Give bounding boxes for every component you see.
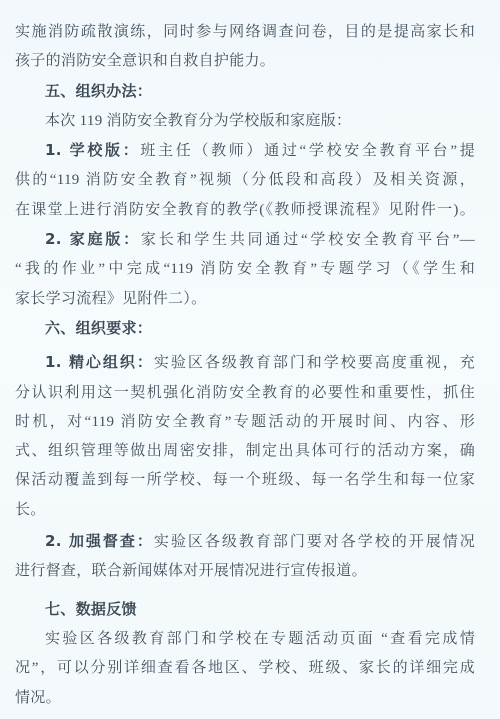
text-line: 实验区各级教育部门和学校在专题活动页面 “查看完成情 <box>15 625 475 654</box>
text-line: 分认识利用这一契机强化消防安全教育的必要性和重要性，抓住 <box>15 379 475 408</box>
heading-text: 2. 加强督查： <box>45 532 154 550</box>
body-text: 实验区各级教育部门和学校在专题活动页面 “查看完成情 <box>45 631 475 647</box>
body-text: 孩子的消防安全意识和自救自护能力。 <box>15 53 275 69</box>
text-line: 2. 家庭版：家长和学生共同通过“学校安全教育平台”— <box>15 225 475 255</box>
document-text-block: 实施消防疏散演练，同时参与网络调查问卷，目的是提高家长和孩子的消防安全意识和自救… <box>15 18 475 713</box>
text-line: 情况。 <box>15 684 475 713</box>
text-line: 五、组织办法： <box>15 77 475 107</box>
body-text: 情况。 <box>15 690 61 706</box>
text-line: 七、数据反馈 <box>15 595 475 625</box>
text-line: 时机，对“119 消防安全教育”专题活动的开展时间、内容、形 <box>15 408 475 437</box>
body-text: 家长学习流程》见附件二）。 <box>15 291 206 307</box>
body-text: 班主任（教师）通过“学校安全教育平台”提 <box>140 143 475 159</box>
text-line: 式、组织管理等做出周密安排，制定出具体可行的活动方案，确 <box>15 437 475 466</box>
text-line: 2. 加强督查：实验区各级教育部门要对各学校的开展情况 <box>15 527 475 557</box>
body-text: 分认识利用这一契机强化消防安全教育的必要性和重要性，抓住 <box>15 385 475 401</box>
heading-text: 1. 精心组织： <box>45 353 154 371</box>
body-text: 在课堂上进行消防安全教育的教学(《教师授课流程》见附件一)。 <box>15 202 475 218</box>
body-text: 保活动覆盖到每一所学校、每一个班级、每一名学生和每一位家 <box>15 472 475 488</box>
body-text: 实验区各级教育部门和学校要高度重视，充 <box>154 355 475 371</box>
body-text: 况”，可以分别详细查看各地区、学校、班级、家长的详细完成 <box>15 660 475 676</box>
heading-text: 五、组织办法： <box>45 82 152 100</box>
text-line: 本次 119 消防安全教育分为学校版和家庭版： <box>15 107 475 136</box>
body-text: 本次 119 消防安全教育分为学校版和家庭版： <box>45 113 351 129</box>
body-text: 供的“119 消防安全教育”视频（分低段和高段）及相关资源， <box>15 172 475 188</box>
body-text: 式、组织管理等做出周密安排，制定出具体可行的活动方案，确 <box>15 443 475 459</box>
text-line: 供的“119 消防安全教育”视频（分低段和高段）及相关资源， <box>15 166 475 195</box>
text-line: 进行督查，联合新闻媒体对开展情况进行宣传报道。 <box>15 557 475 586</box>
text-line: 家长学习流程》见附件二）。 <box>15 285 475 314</box>
text-line: 孩子的消防安全意识和自救自护能力。 <box>15 47 475 76</box>
text-line: 在课堂上进行消防安全教育的教学(《教师授课流程》见附件一)。 <box>15 196 475 225</box>
text-line: 况”，可以分别详细查看各地区、学校、班级、家长的详细完成 <box>15 654 475 683</box>
document-page: 实施消防疏散演练，同时参与网络调查问卷，目的是提高家长和孩子的消防安全意识和自救… <box>0 0 500 719</box>
text-line: 保活动覆盖到每一所学校、每一个班级、每一名学生和每一位家 <box>15 466 475 495</box>
body-text: 长。 <box>15 502 46 518</box>
body-text: 实施消防疏散演练，同时参与网络调查问卷，目的是提高家长和 <box>15 24 475 40</box>
text-line: 六、组织要求： <box>15 314 475 344</box>
text-line: 1. 学校版：班主任（教师）通过“学校安全教育平台”提 <box>15 136 475 166</box>
heading-text: 2. 家庭版： <box>45 230 141 248</box>
body-text: 进行督查，联合新闻媒体对开展情况进行宣传报道。 <box>15 563 367 579</box>
text-line: 长。 <box>15 496 475 525</box>
text-line: 实施消防疏散演练，同时参与网络调查问卷，目的是提高家长和 <box>15 18 475 47</box>
body-text: 实验区各级教育部门要对各学校的开展情况 <box>154 534 475 550</box>
heading-text: 七、数据反馈 <box>45 600 137 618</box>
body-text: “我的作业”中完成“119 消防安全教育”专题学习（《学生和 <box>15 261 475 277</box>
body-text: 时机，对“119 消防安全教育”专题活动的开展时间、内容、形 <box>15 414 475 430</box>
heading-text: 六、组织要求： <box>45 319 152 337</box>
text-line: 1. 精心组织：实验区各级教育部门和学校要高度重视，充 <box>15 348 475 378</box>
heading-text: 1. 学校版： <box>45 141 140 159</box>
body-text: 家长和学生共同通过“学校安全教育平台”— <box>141 232 475 248</box>
text-line: “我的作业”中完成“119 消防安全教育”专题学习（《学生和 <box>15 255 475 284</box>
